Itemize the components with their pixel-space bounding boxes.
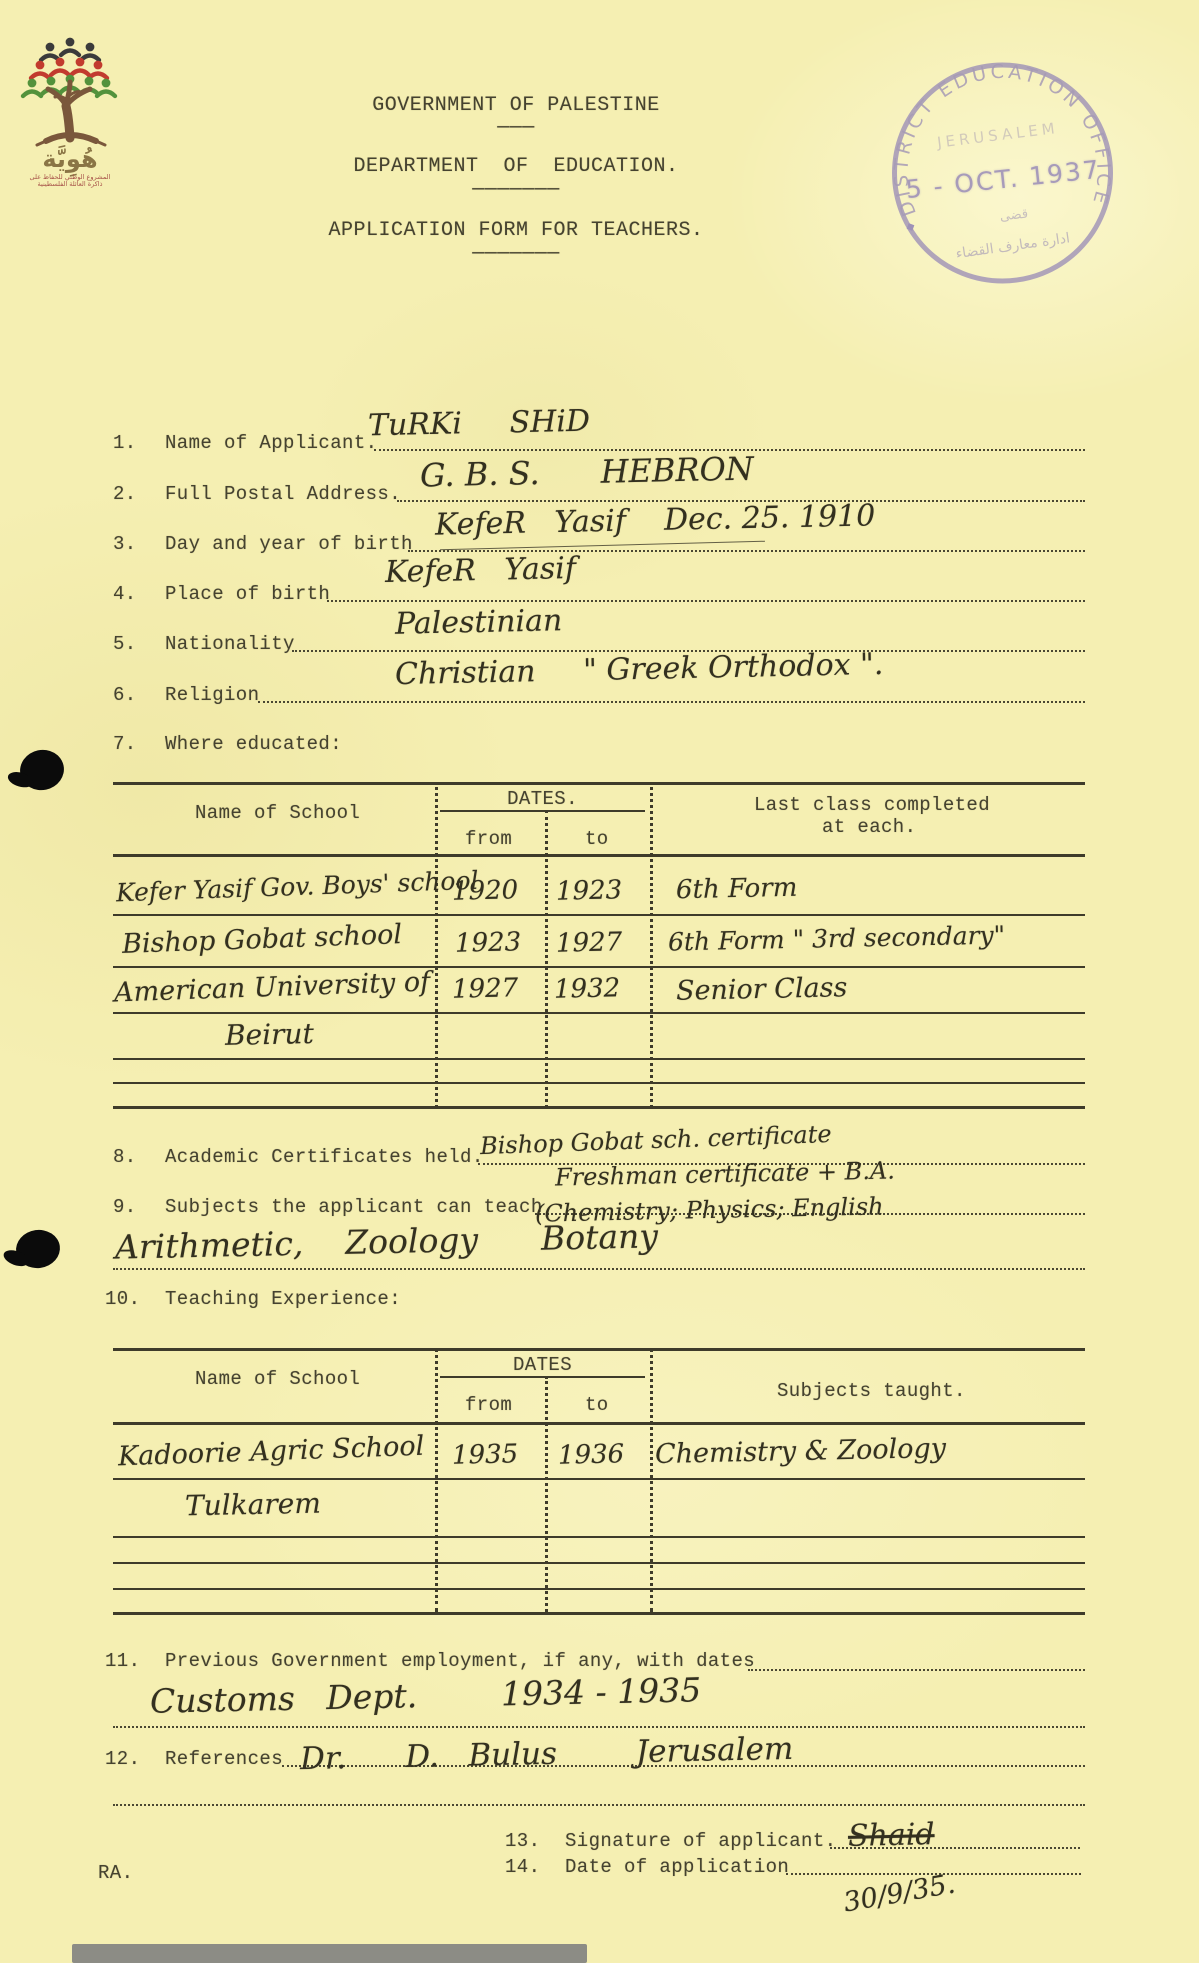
education-row-3-lastclass: Senior Class [676,972,848,1007]
field-3-label: Day and year of birth [165,533,413,555]
field-9-value-2: Arithmetic, Zoology Botany [115,1216,659,1266]
stamp-date: 5 - OCT. 1937 [904,155,1102,204]
experience-table-top-line [113,1348,1085,1351]
field-1-number: 1. [113,432,137,454]
header-department: DEPARTMENT OF EDUCATION. [286,155,746,178]
experience-table-header-bottom-line [113,1422,1085,1425]
field-2-label: Full Postal Address. [165,483,401,505]
field-11-leader-2 [113,1726,1085,1728]
education-row-line-4 [113,1058,1085,1060]
field-4-number: 4. [113,583,137,605]
education-table-bottom-line [113,1106,1085,1109]
field-8-number: 8. [113,1146,137,1168]
experience-row-1-school: Kadoorie Agric School [118,1431,425,1473]
field-8-value: Bishop Gobat sch. certificate [480,1120,832,1160]
education-table-to-header: to [585,828,609,850]
education-table-dates-underline [440,810,645,812]
education-row-1-from: 1920 [452,875,519,906]
education-table-header-bottom-line [113,854,1085,857]
education-table-from-header: from [465,828,512,850]
references-trailing-leader [113,1804,1085,1806]
education-row-3-from: 1927 [452,973,519,1004]
field-6-value: Christian " Greek Orthodox ". [395,647,884,692]
field-14-value: 30/9/35. [841,1868,957,1918]
field-2-value: G. B. S. HEBRON [420,450,754,495]
field-6-leader [258,701,1085,703]
field-7-label: Where educated: [165,733,342,755]
field-9-label: Subjects the applicant can teach [165,1196,543,1218]
field-4-leader [327,600,1085,602]
header-rule-3: ——————— [286,242,746,265]
application-form-page: هُوِيَّة المشروع الوطني للحفاظ على ذاكرة… [0,0,1199,1963]
education-table-dates-header: DATES. [435,788,650,810]
field-5-value: Palestinian [395,603,563,641]
field-11-value: Customs Dept. 1934 - 1935 [150,1670,702,1721]
experience-table-from-header: from [465,1394,512,1416]
field-9-number: 9. [113,1196,137,1218]
experience-table-separator-3 [650,1348,653,1612]
education-row-2-from: 1923 [455,927,522,958]
logo-arabic-subtitle-2: ذاكرة العائلة الفلسطينية [38,180,103,188]
education-row-2-to: 1927 [556,927,623,958]
education-row-1-lastclass: 6th Form [676,873,798,906]
field-9-leader-2 [113,1268,1085,1270]
stamp-city: JERUSALEM [935,119,1059,152]
scan-edge-strip [72,1944,587,1963]
experience-table-separator-1 [435,1348,438,1612]
field-13-label: Signature of applicant. [565,1830,836,1852]
experience-table-dates-underline [440,1376,645,1378]
experience-row-line-2 [113,1536,1085,1538]
field-14-number: 14. [505,1856,540,1878]
experience-row-line-1 [113,1478,1085,1480]
field-6-number: 6. [113,684,137,706]
header-rule-2: ——————— [286,178,746,201]
field-11-leader [748,1669,1085,1671]
header-form-title: APPLICATION FORM FOR TEACHERS. [286,219,746,242]
field-12-value: Dr. D. Bulus Jerusalem [300,1731,794,1777]
experience-row-1-from: 1935 [452,1439,519,1470]
field-13-number: 13. [505,1830,540,1852]
education-row-2-lastclass: 6th Form " 3rd secondary" [668,920,1006,956]
field-6-label: Religion [165,684,259,706]
field-4-label: Place of birth [165,583,330,605]
experience-row-2-school: Tulkarem [185,1487,322,1523]
field-3-strikethrough [440,541,765,551]
field-8-value-2: Freshman certificate + B.A. [555,1156,895,1191]
hole-punch-top [16,746,67,794]
footer-ra-mark: RA. [98,1862,133,1884]
education-table-lastclass-header-2: at each. [822,816,916,838]
experience-row-line-4 [113,1588,1085,1590]
field-7-number: 7. [113,733,137,755]
field-1-value: TuRKi SHiD [368,404,591,444]
field-12-label: References [165,1748,283,1770]
education-table-school-header: Name of School [195,802,360,824]
education-table-lastclass-header-1: Last class completed [754,794,990,816]
field-13-signature: Shaid [848,1817,935,1854]
field-10-label: Teaching Experience: [165,1288,401,1310]
education-row-3-school: American University of [114,966,431,1008]
hole-punch-bottom [14,1227,63,1271]
field-5-number: 5. [113,633,137,655]
field-10-number: 10. [105,1288,140,1310]
field-3-number: 3. [113,533,137,555]
field-1-label: Name of Applicant. [165,432,377,454]
education-row-line-1 [113,914,1085,916]
stamp-arabic-center: قضى [999,207,1029,225]
experience-table-to-header: to [585,1394,609,1416]
field-14-label: Date of application [565,1856,789,1878]
education-table-top-line [113,782,1085,785]
header-government: GOVERNMENT OF PALESTINE [286,94,746,117]
field-5-label: Nationality [165,633,295,655]
experience-table-school-header: Name of School [195,1368,360,1390]
education-row-line-5 [113,1082,1085,1084]
field-2-number: 2. [113,483,137,505]
field-3-value: KefeR Yasif Dec. 25. 1910 [435,498,876,542]
huwiyya-logo: هُوِيَّة المشروع الوطني للحفاظ على ذاكرة… [18,36,122,188]
education-row-2-school: Bishop Gobat school [122,919,403,960]
experience-table-subjects-header: Subjects taught. [777,1380,966,1402]
district-education-stamp: DISTRICT EDUCATION OFFICE JERUSALEM 5 - … [875,48,1130,298]
education-row-1-to: 1923 [556,875,623,906]
header-rule-1: ——— [286,116,746,139]
field-11-number: 11. [105,1650,140,1672]
education-row-1-school: Kefer Yasif Gov. Boys' school [116,866,479,908]
experience-row-1-to: 1936 [558,1439,625,1470]
education-table-separator-2 [545,810,548,1108]
experience-table-bottom-line [113,1612,1085,1615]
field-4-value: KefeR Yasif [385,551,577,590]
field-12-number: 12. [105,1748,140,1770]
field-8-label: Academic Certificates held. [165,1146,484,1168]
stamp-arabic-bottom: ادارة معارف القضاء [955,230,1071,262]
experience-row-line-3 [113,1562,1085,1564]
education-row-3-to: 1932 [554,973,621,1004]
experience-table-dates-header: DATES [435,1354,650,1376]
field-11-label: Previous Government employment, if any, … [165,1650,755,1672]
experience-table-separator-2 [545,1376,548,1612]
education-row-line-2 [113,966,1085,968]
experience-row-1-subjects: Chemistry & Zoology [655,1433,947,1470]
education-row-line-3 [113,1012,1085,1014]
education-row-4-school: Beirut [225,1017,314,1052]
